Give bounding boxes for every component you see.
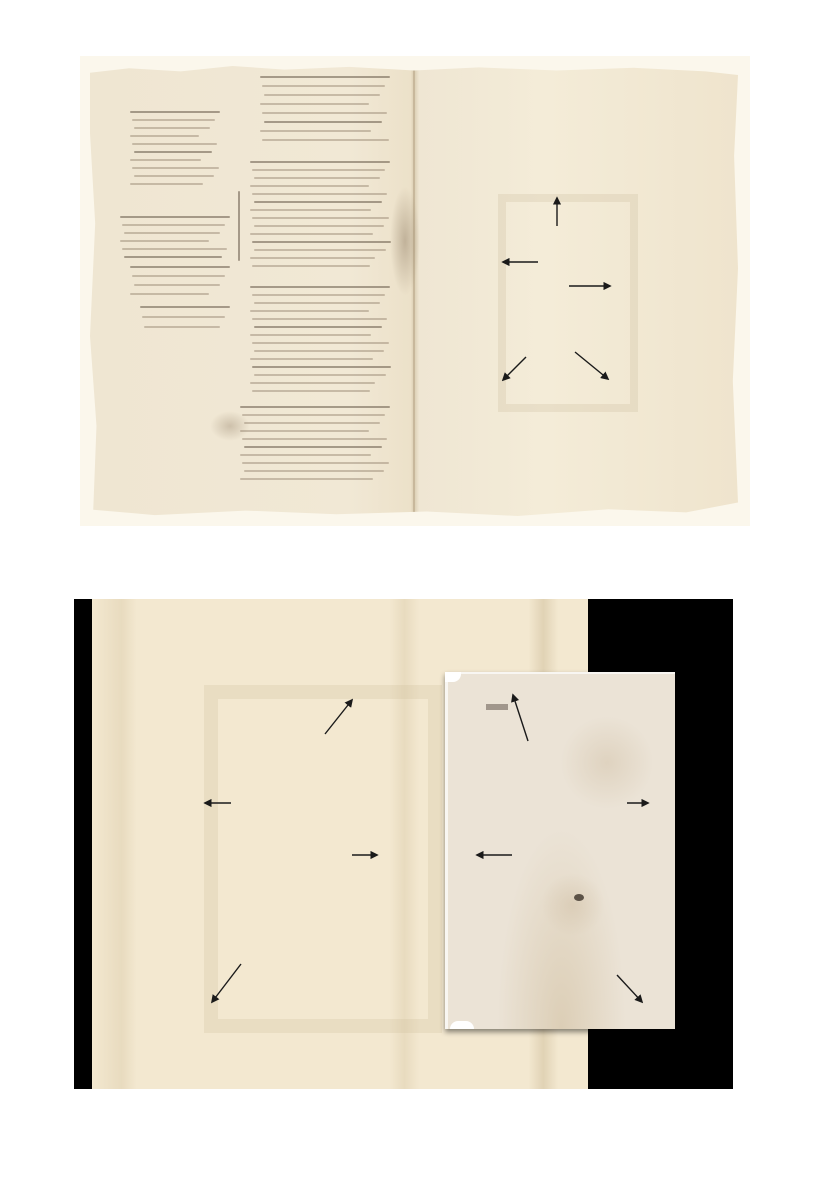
handwriting-line — [250, 185, 369, 187]
handwriting-line — [252, 265, 370, 267]
handwriting-line — [252, 193, 387, 195]
handwriting-line — [124, 232, 220, 234]
handwriting-line — [252, 318, 387, 320]
detail-comparison-figure — [74, 599, 733, 1089]
handwriting-line — [254, 249, 386, 251]
handwriting-line — [122, 248, 227, 250]
handwriting-line — [260, 103, 369, 105]
handwriting-line — [240, 430, 369, 432]
handwriting-line — [130, 111, 220, 113]
handwriting-line — [250, 382, 375, 384]
handwriting-line — [130, 266, 230, 268]
handwriting-line — [242, 414, 385, 416]
handwriting-line — [260, 130, 371, 132]
handwriting-line — [240, 406, 390, 408]
handwriting-line — [250, 358, 373, 360]
handwriting-line — [264, 121, 382, 123]
vertical-handwriting — [238, 191, 240, 261]
handwriting-line — [120, 216, 230, 218]
handwriting-line — [250, 209, 371, 211]
handwriting-line — [260, 76, 390, 78]
handwriting-line — [250, 161, 390, 163]
handwriting-line — [252, 169, 385, 171]
handwriting-line — [254, 201, 382, 203]
handwriting-line — [254, 225, 384, 227]
ink-spot — [574, 894, 584, 901]
handwriting-line — [130, 135, 199, 137]
handwriting-line — [252, 366, 391, 368]
handwriting-line — [132, 275, 225, 277]
handwriting-line — [244, 422, 380, 424]
handwriting-line — [250, 233, 373, 235]
handwriting-line — [250, 334, 371, 336]
handwriting-line — [254, 302, 380, 304]
handwriting-line — [120, 240, 209, 242]
handwriting-line — [254, 326, 382, 328]
handwriting-line — [122, 224, 225, 226]
handwriting-line — [244, 446, 382, 448]
torn-corner — [445, 672, 461, 682]
handwriting-line — [252, 390, 370, 392]
handwriting-line — [252, 217, 389, 219]
torn-corner — [450, 1021, 474, 1029]
handwriting-line — [240, 454, 371, 456]
handwriting-line — [134, 127, 210, 129]
handwriting-line — [262, 85, 385, 87]
handwriting-line — [134, 151, 212, 153]
manuscript-bifolio-figure — [80, 56, 750, 526]
handwriting-line — [240, 478, 373, 480]
handwriting-line — [244, 470, 384, 472]
handwriting-line — [144, 326, 220, 328]
handwriting-line — [130, 159, 201, 161]
watermark-frame — [498, 194, 638, 412]
handwriting-line — [252, 342, 389, 344]
watermark-frame-detail — [204, 685, 442, 1033]
handwriting-line — [250, 310, 369, 312]
handwriting-line — [262, 139, 389, 141]
handwriting-line — [250, 257, 375, 259]
handwriting-line — [264, 94, 380, 96]
inset-photograph — [445, 672, 675, 1029]
manuscript-sheet — [90, 66, 738, 516]
handwriting-line — [262, 112, 387, 114]
handwriting-line — [254, 350, 384, 352]
handwriting-line — [132, 167, 219, 169]
ink-mark — [486, 704, 508, 710]
handwriting-line — [250, 286, 390, 288]
handwriting-line — [254, 374, 386, 376]
handwriting-line — [132, 143, 217, 145]
handwriting-line — [134, 284, 220, 286]
handwriting-line — [124, 256, 222, 258]
handwriting-line — [242, 438, 387, 440]
handwriting-line — [130, 293, 209, 295]
handwriting-line — [254, 177, 380, 179]
handwriting-line — [132, 119, 215, 121]
handwriting-line — [252, 241, 391, 243]
handwriting-line — [142, 316, 225, 318]
handwriting-line — [242, 462, 389, 464]
water-stain — [390, 186, 420, 296]
handwriting-line — [130, 183, 203, 185]
handwriting-line — [252, 294, 385, 296]
handwriting-line — [140, 306, 230, 308]
handwriting-line — [134, 175, 214, 177]
